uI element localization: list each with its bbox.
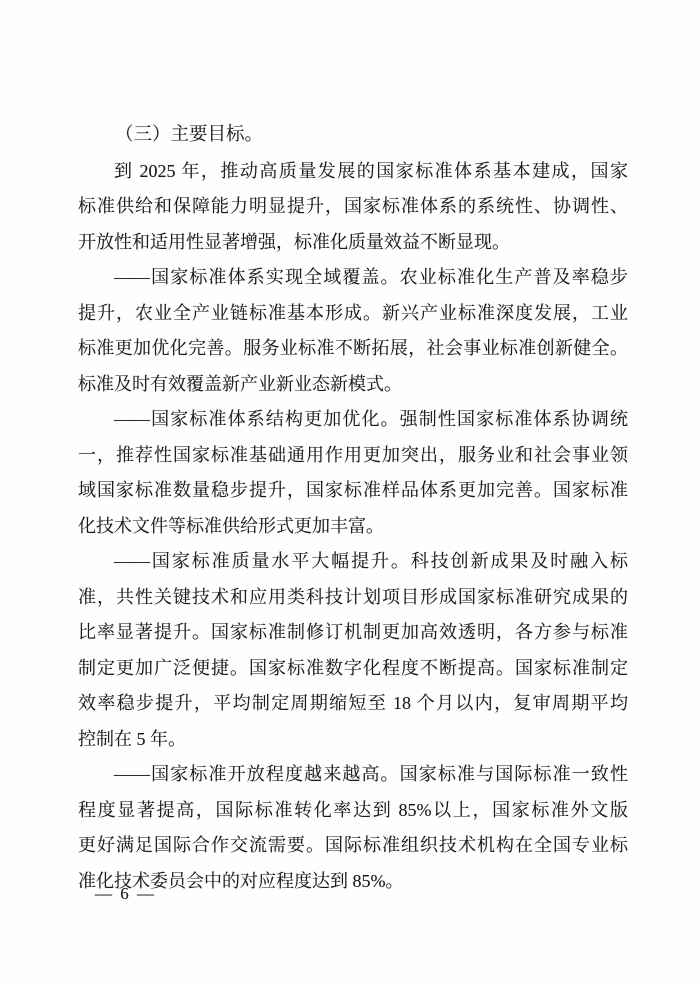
- page-number: — 6 —: [95, 882, 156, 906]
- paragraph: ——国家标准开放程度越来越高。国家标准与国际标准一致性 程度显著提高，国际标准转…: [78, 757, 628, 899]
- text-line: 准化技术委员会中的对应程度达到 85%。: [78, 864, 628, 900]
- text-line: 准，共性关键技术和应用类科技计划项目形成国家标准研究成果的: [78, 580, 628, 616]
- text-line: 标准更加优化完善。服务业标准不断拓展，社会事业标准创新健全。: [78, 331, 628, 367]
- text-line: 比率显著提升。国家标准制修订机制更加高效透明，各方参与标准: [78, 615, 628, 651]
- paragraph: ——国家标准质量水平大幅提升。科技创新成果及时融入标 准，共性关键技术和应用类科…: [78, 544, 628, 757]
- text-line: 一，推荐性国家标准基础通用作用更加突出，服务业和社会事业领: [78, 438, 628, 474]
- text-line: ——国家标准开放程度越来越高。国家标准与国际标准一致性: [78, 757, 628, 793]
- text-line: 效率稳步提升，平均制定周期缩短至 18 个月以内，复审周期平均: [78, 686, 628, 722]
- text-line: 控制在 5 年。: [78, 722, 628, 758]
- document-page: （三）主要目标。 到 2025 年，推动高质量发展的国家标准体系基本建成，国家 …: [0, 0, 700, 989]
- text-line: 更好满足国际合作交流需要。国际标准组织技术机构在全国专业标: [78, 828, 628, 864]
- document-body: （三）主要目标。 到 2025 年，推动高质量发展的国家标准体系基本建成，国家 …: [78, 118, 628, 899]
- text-line: 标准供给和保障能力明显提升，国家标准体系的系统性、协调性、: [78, 189, 628, 225]
- text-line: 开放性和适用性显著增强，标准化质量效益不断显现。: [78, 225, 628, 261]
- section-heading: （三）主要目标。: [78, 118, 628, 154]
- text-line: 域国家标准数量稳步提升，国家标准样品体系更加完善。国家标准: [78, 473, 628, 509]
- text-line: 制定更加广泛便捷。国家标准数字化程度不断提高。国家标准制定: [78, 651, 628, 687]
- text-line: 提升，农业全产业链标准基本形成。新兴产业标准深度发展，工业: [78, 296, 628, 332]
- text-line: 到 2025 年，推动高质量发展的国家标准体系基本建成，国家: [78, 154, 628, 190]
- paragraph: ——国家标准体系实现全域覆盖。农业标准化生产普及率稳步 提升，农业全产业链标准基…: [78, 260, 628, 402]
- text-line: 化技术文件等标准供给形式更加丰富。: [78, 509, 628, 545]
- text-line: 标准及时有效覆盖新产业新业态新模式。: [78, 367, 628, 403]
- text-line: ——国家标准质量水平大幅提升。科技创新成果及时融入标: [78, 544, 628, 580]
- text-line: ——国家标准体系实现全域覆盖。农业标准化生产普及率稳步: [78, 260, 628, 296]
- text-line: 程度显著提高，国际标准转化率达到 85%以上，国家标准外文版: [78, 793, 628, 829]
- paragraph: 到 2025 年，推动高质量发展的国家标准体系基本建成，国家 标准供给和保障能力…: [78, 154, 628, 261]
- text-line: ——国家标准体系结构更加优化。强制性国家标准体系协调统: [78, 402, 628, 438]
- paragraph: ——国家标准体系结构更加优化。强制性国家标准体系协调统 一，推荐性国家标准基础通…: [78, 402, 628, 544]
